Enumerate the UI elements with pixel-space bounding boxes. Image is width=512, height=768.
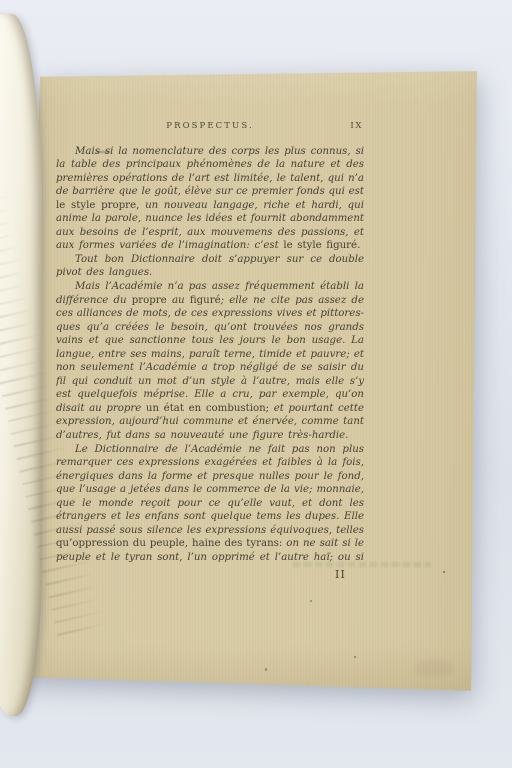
dust-speck [310, 600, 312, 602]
running-title: PROSPECTUS. [56, 121, 364, 131]
text-line: ces alliances de mots, de ces expression… [56, 307, 364, 321]
dust-speck [265, 668, 267, 671]
dust-speck [443, 571, 445, 573]
text-line: ques qu’a créées le besoin, qu’ont trouv… [56, 321, 364, 335]
text-line: énergiques dans la forme et presque null… [56, 470, 364, 484]
text-line: Le Dictionnaire de l’Académie ne fait pa… [56, 443, 364, 457]
ink-bleedthrough [293, 562, 431, 567]
text-line: étrangers et les enfans sont quelque tem… [56, 510, 364, 524]
text-line: est quelquefois méprise. Elle a cru, par… [56, 388, 364, 402]
text-line: différence du propre au figuré; elle ne … [56, 294, 364, 308]
text-line: aux besoins de l’esprit, aux mouvemens d… [56, 226, 364, 240]
text-line: langue, entre ses mains, paraît terne, t… [56, 348, 364, 362]
text-line: expression, aujourd’hui commune et énerv… [56, 415, 364, 429]
page-number: IX [350, 121, 363, 131]
text-line: anime la parole, nuance les idées et fou… [56, 212, 364, 226]
text-line: vains et que sanctionne tous les jours l… [56, 334, 364, 348]
body-text: Mais si la nomenclature des corps les pl… [56, 145, 364, 565]
previous-page-edge [0, 14, 42, 716]
text-line: aussi passé sous silence les expressions… [56, 524, 364, 538]
text-line: Mais si la nomenclature des corps les pl… [56, 145, 364, 159]
text-line: qu’oppression du peuple, haine des tyran… [56, 537, 364, 551]
text-line: aux formes variées de l’imagination: c’e… [56, 239, 364, 253]
text-line: premières opérations de l’art est limité… [56, 172, 364, 186]
text-line: d’autres, fut dans sa nouveauté une figu… [56, 429, 364, 443]
signature-mark: II [335, 568, 346, 581]
text-line: le style propre, un nouveau langage, ric… [56, 199, 364, 213]
text-line: Tout bon Dictionnaire doit s’appuyer sur… [56, 253, 364, 267]
text-line: que l’usage a jetées dans le commerce de… [56, 483, 364, 497]
dust-speck [354, 656, 356, 658]
text-line: non seulement l’Académie a trop négligé … [56, 361, 364, 375]
text-line: de barrière que le goût, élève sur ce pr… [56, 185, 364, 199]
text-line: Mais l’Académie n’a pas assez fréquemmen… [56, 280, 364, 294]
text-line: la table des principaux phénomènes de la… [56, 158, 364, 172]
text-line: disait au propre un état en combustion; … [56, 402, 364, 416]
text-line: pivot des langues. [56, 266, 364, 280]
photo-backdrop: { "photo": { "backdrop_color_top": "#eae… [0, 0, 512, 768]
text-line: remarquer ces expressions exagérées et f… [56, 456, 364, 470]
text-line: fil qui conduit un mot d’un style à l’au… [56, 375, 364, 389]
book-photo: PROSPECTUS. IX Mais si la nomenclature d… [0, 0, 512, 768]
text-line: que le monde reçoit pour ce qu’elle vaut… [56, 497, 364, 511]
faint-stamp [415, 660, 453, 676]
